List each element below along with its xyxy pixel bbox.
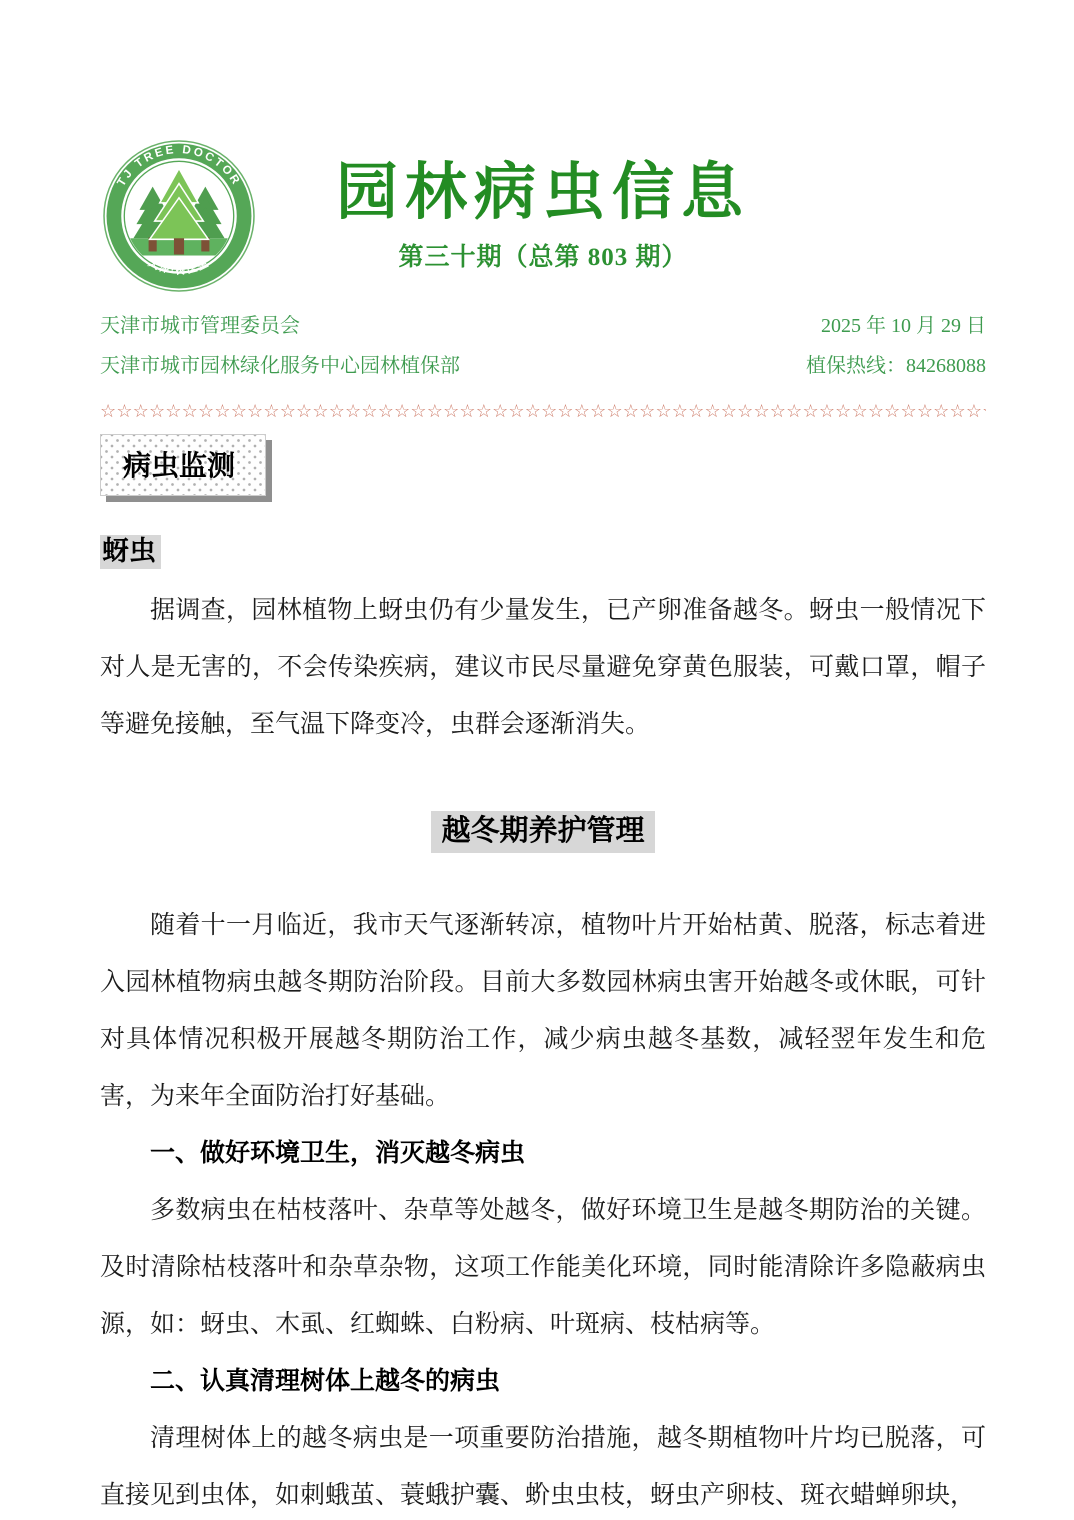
logo-svg: TJ TREE DOCTOR 天津·树医生 (103, 140, 255, 292)
aphid-heading: 蚜虫 (100, 535, 161, 569)
pest-monitoring-badge: 病虫监测 (100, 434, 266, 496)
publisher-name-2: 天津市城市园林绿化服务中心园林植保部 (100, 346, 460, 386)
title-block: 园林病虫信息 第三十期（总第 803 期） (336, 158, 750, 273)
publisher-row-2: 天津市城市园林绿化服务中心园林植保部 植保热线：84268088 (100, 346, 986, 386)
section-2-heading: 二、认真清理树体上越冬的病虫 (100, 1353, 986, 1410)
newsletter-page: TJ TREE DOCTOR 天津·树医生 园林病虫信息 第三十期（总第 803… (0, 0, 1074, 1520)
section-1-heading: 一、做好环境卫生，消灭越冬病虫 (100, 1125, 986, 1182)
issue-date: 2025 年 10 月 29 日 (821, 306, 986, 346)
page-footer: 1 (0, 1478, 1074, 1498)
publisher-name-1: 天津市城市管理委员会 (100, 306, 300, 346)
star-divider: ☆☆☆☆☆☆☆☆☆☆☆☆☆☆☆☆☆☆☆☆☆☆☆☆☆☆☆☆☆☆☆☆☆☆☆☆☆☆☆☆… (100, 400, 986, 422)
section-1-paragraph: 多数病虫在枯枝落叶、杂草等处越冬，做好环境卫生是越冬期防治的关键。及时清除枯枝落… (100, 1182, 986, 1353)
masthead: TJ TREE DOCTOR 天津·树医生 园林病虫信息 第三十期（总第 803… (100, 140, 986, 300)
section-2-paragraph: 清理树体上的越冬病虫是一项重要防治措施，越冬期植物叶片均已脱落，可直接见到虫体，… (100, 1410, 986, 1520)
issue-number: 第三十期（总第 803 期） (336, 237, 750, 273)
tree-doctor-logo-icon: TJ TREE DOCTOR 天津·树医生 (103, 140, 255, 292)
hotline-number: 植保热线：84268088 (806, 346, 986, 386)
winter-care-section: 越冬期养护管理 (100, 809, 986, 853)
page-number: 1 (533, 1478, 542, 1497)
aphid-paragraph: 据调查，园林植物上蚜虫仍有少量发生，已产卵准备越冬。蚜虫一般情况下对人是无害的，… (100, 582, 986, 753)
pest-monitoring-label: 病虫监测 (123, 450, 235, 481)
winter-care-title: 越冬期养护管理 (431, 811, 654, 853)
aphid-section: 蚜虫 (100, 532, 986, 570)
newsletter-title: 园林病虫信息 (336, 158, 750, 229)
winter-care-intro: 随着十一月临近，我市天气逐渐转凉，植物叶片开始枯黄、脱落，标志着进入园林植物病虫… (100, 897, 986, 1125)
publisher-row-1: 天津市城市管理委员会 2025 年 10 月 29 日 (100, 306, 986, 346)
